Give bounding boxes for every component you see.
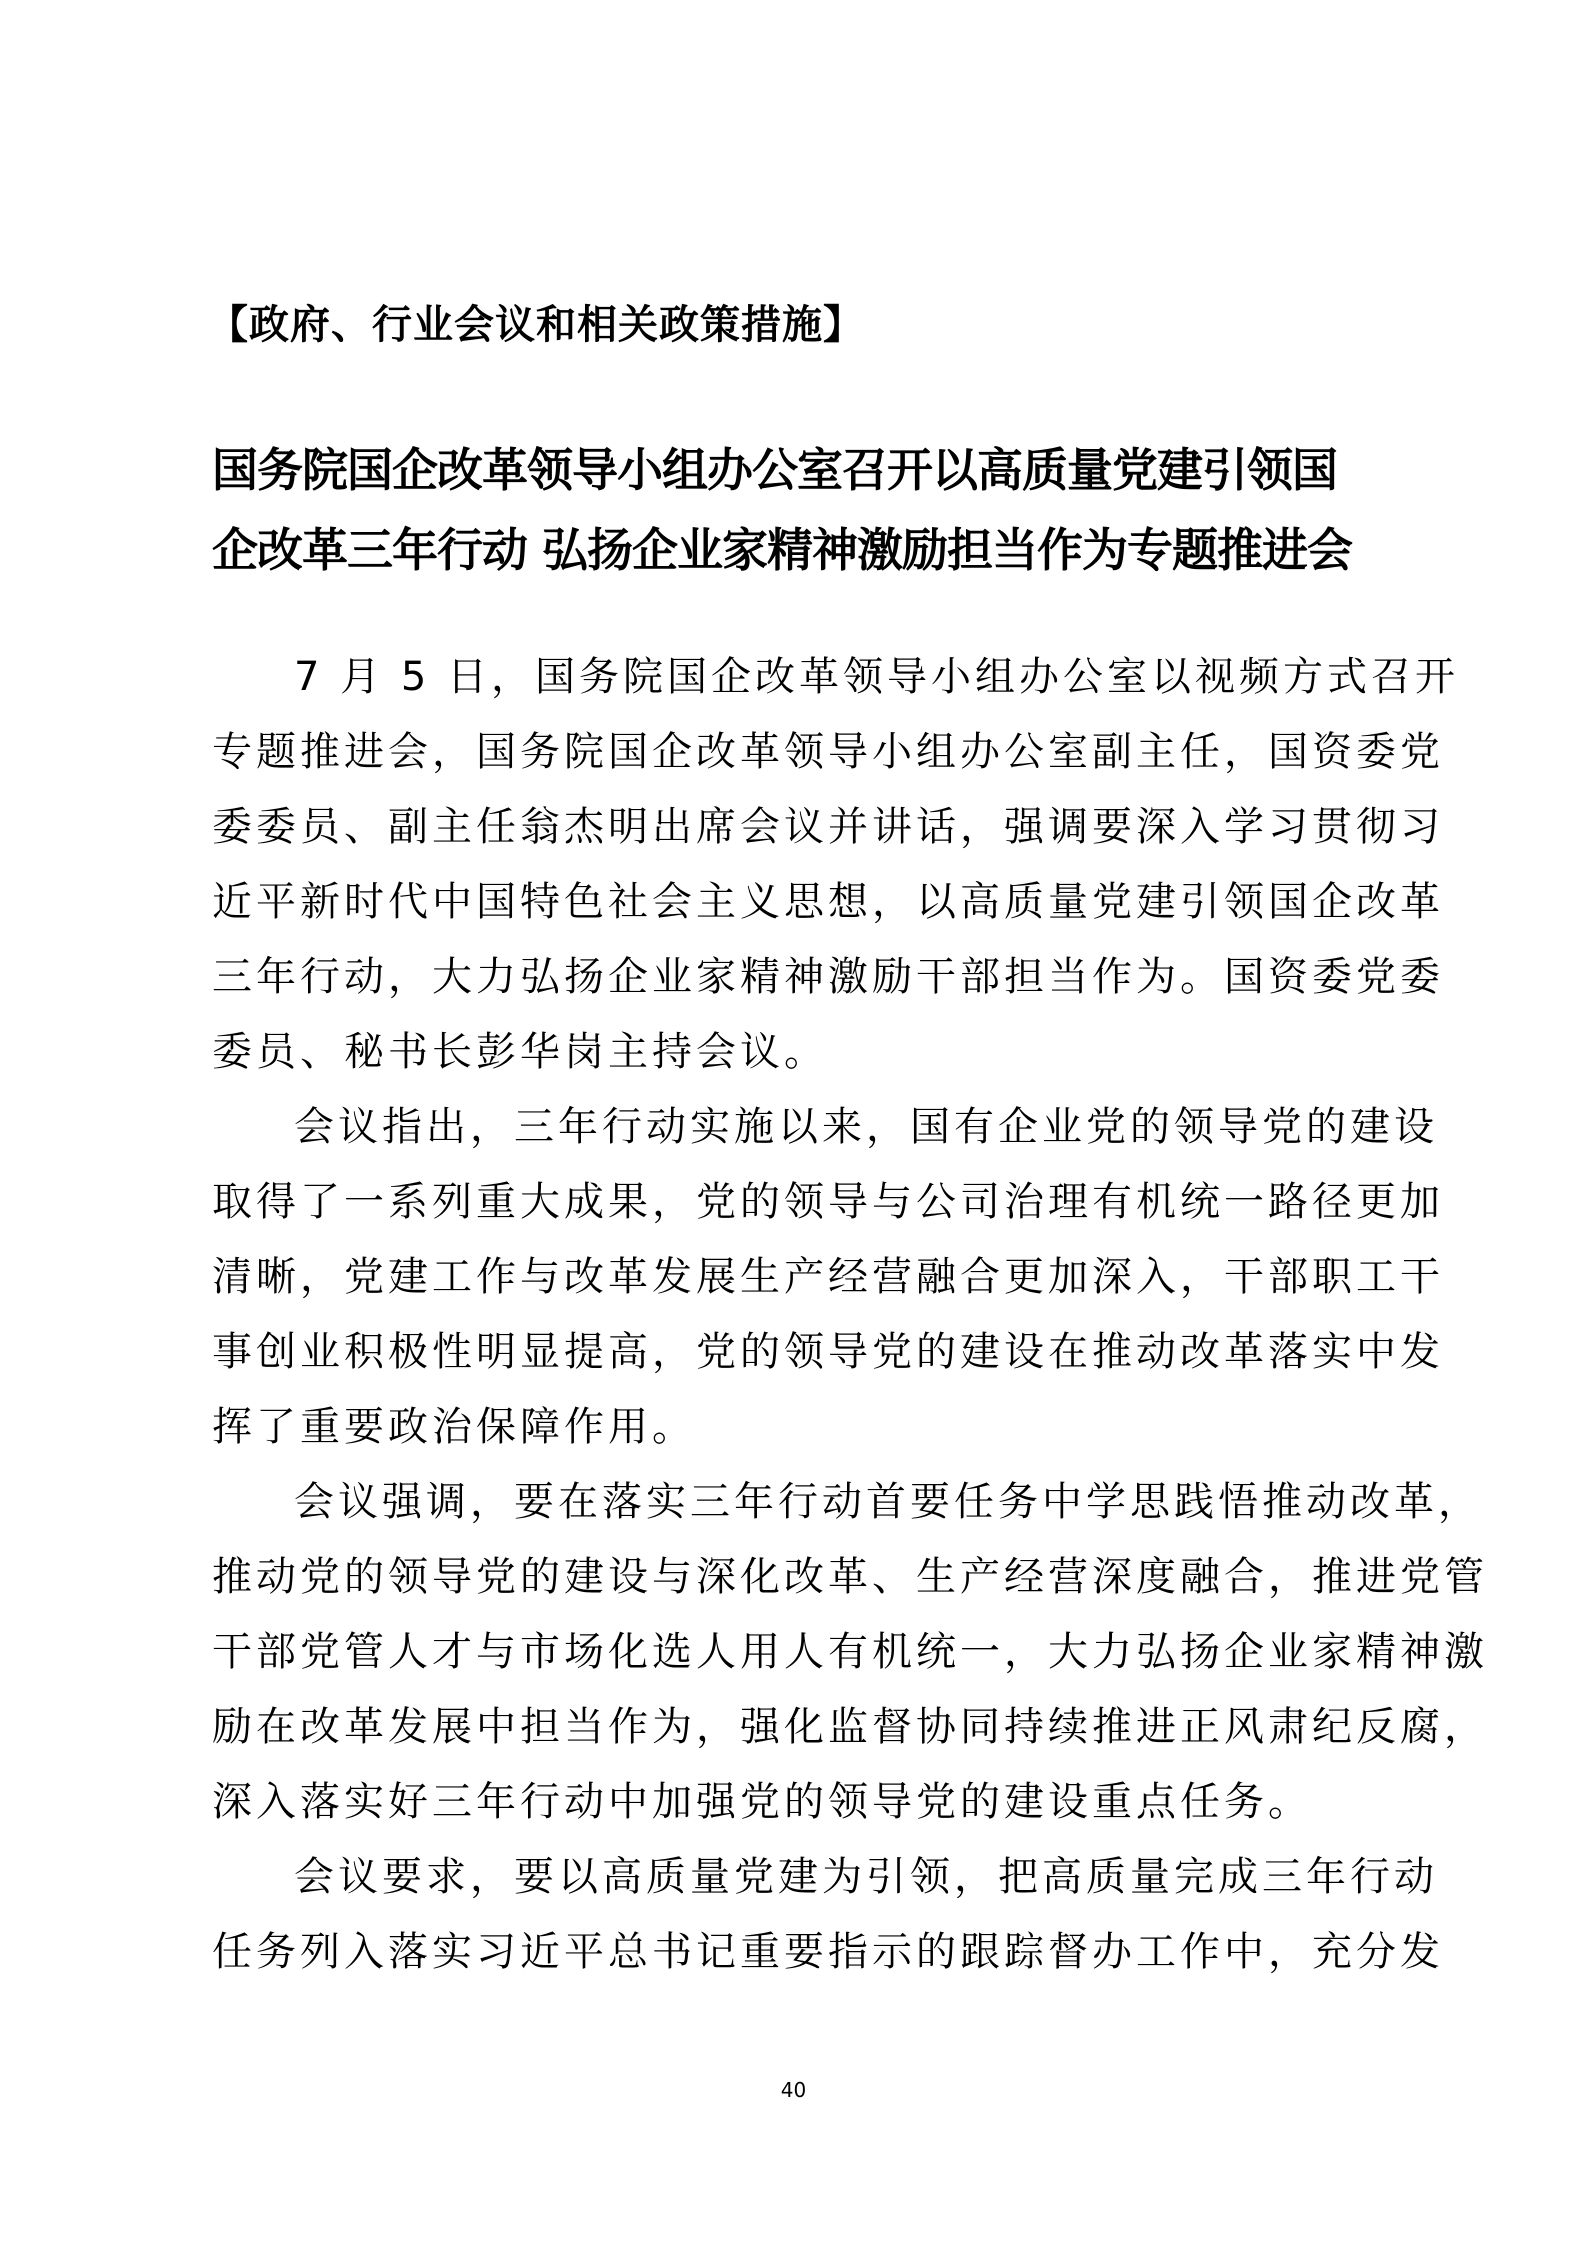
paragraph-line: 清晰，党建工作与改革发展生产经营融合更加深入，干部职工干 [212,1240,1392,1315]
page-number: 40 [0,2078,1587,2102]
paragraph-line: 三年行动，大力弘扬企业家精神激励干部担当作为。国资委党委 [212,940,1392,1015]
document-page: 【政府、行业会议和相关政策措施】 国务院国企改革领导小组办公室召开以高质量党建引… [0,0,1587,2245]
paragraph-1: 7 月 5 日，国务院国企改革领导小组办公室以视频方式召开 专题推进会，国务院国… [212,640,1392,1090]
paragraph-line: 委委员、副主任翁杰明出席会议并讲话，强调要深入学习贯彻习 [212,790,1392,865]
paragraph-line: 干部党管人才与市场化选人用人有机统一，大力弘扬企业家精神激 [212,1615,1392,1690]
paragraph-line: 专题推进会，国务院国企改革领导小组办公室副主任，国资委党 [212,715,1392,790]
paragraph-3: 会议强调，要在落实三年行动首要任务中学思践悟推动改革， 推动党的领导党的建设与深… [212,1465,1392,1840]
paragraph-line: 挥了重要政治保障作用。 [212,1390,1392,1465]
paragraph-4: 会议要求，要以高质量党建为引领，把高质量完成三年行动 任务列入落实习近平总书记重… [212,1840,1392,1990]
section-heading: 【政府、行业会议和相关政策措施】 [208,298,864,352]
paragraph-line: 深入落实好三年行动中加强党的领导党的建设重点任务。 [212,1765,1392,1840]
paragraph-line: 任务列入落实习近平总书记重要指示的跟踪督办工作中，充分发 [212,1915,1392,1990]
paragraph-line: 7 月 5 日，国务院国企改革领导小组办公室以视频方式召开 [212,640,1392,715]
paragraph-line: 会议指出，三年行动实施以来，国有企业党的领导党的建设 [212,1090,1392,1165]
paragraph-line: 推动党的领导党的建设与深化改革、生产经营深度融合，推进党管 [212,1540,1392,1615]
article-title-line-2: 企改革三年行动 弘扬企业家精神激励担当作为专题推进会 [212,510,1392,590]
paragraph-line: 会议强调，要在落实三年行动首要任务中学思践悟推动改革， [212,1465,1392,1540]
paragraph-2: 会议指出，三年行动实施以来，国有企业党的领导党的建设 取得了一系列重大成果，党的… [212,1090,1392,1465]
article-body: 7 月 5 日，国务院国企改革领导小组办公室以视频方式召开 专题推进会，国务院国… [212,640,1392,1990]
paragraph-line: 励在改革发展中担当作为，强化监督协同持续推进正风肃纪反腐， [212,1690,1392,1765]
paragraph-line: 事创业积极性明显提高，党的领导党的建设在推动改革落实中发 [212,1315,1392,1390]
paragraph-line: 取得了一系列重大成果，党的领导与公司治理有机统一路径更加 [212,1165,1392,1240]
article-title: 国务院国企改革领导小组办公室召开以高质量党建引领国 企改革三年行动 弘扬企业家精… [212,430,1392,590]
article-title-line-1: 国务院国企改革领导小组办公室召开以高质量党建引领国 [212,430,1392,510]
paragraph-line: 近平新时代中国特色社会主义思想，以高质量党建引领国企改革 [212,865,1392,940]
paragraph-line: 委员、秘书长彭华岗主持会议。 [212,1015,1392,1090]
paragraph-line: 会议要求，要以高质量党建为引领，把高质量完成三年行动 [212,1840,1392,1915]
